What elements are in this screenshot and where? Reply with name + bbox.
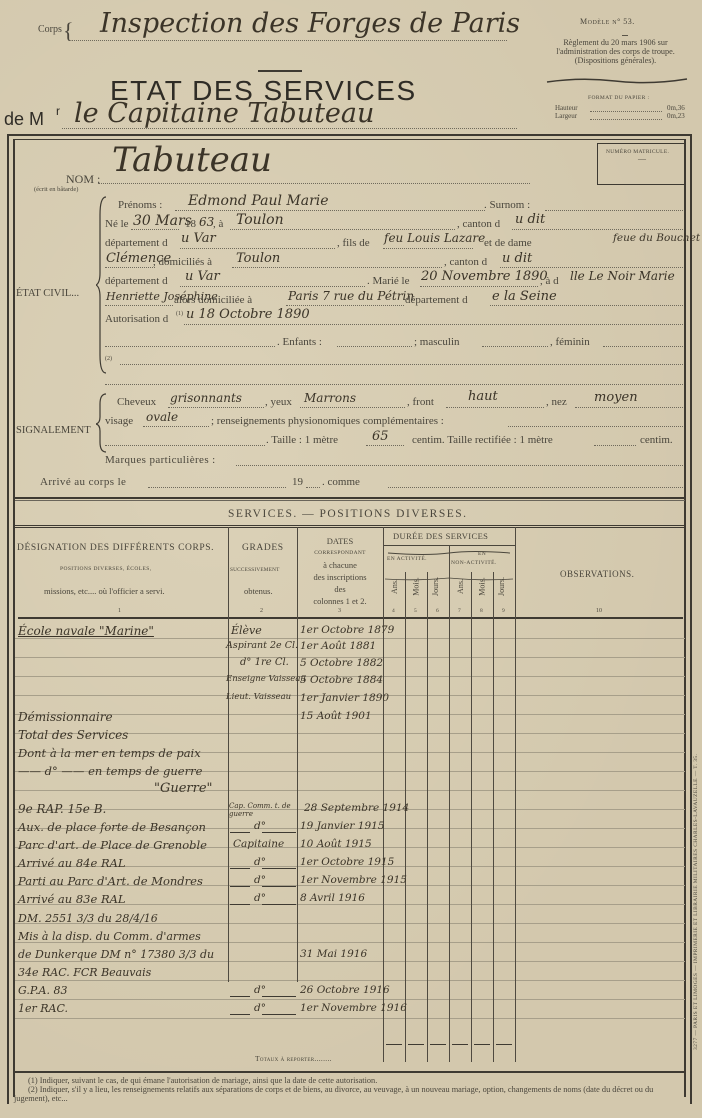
nez-line (575, 407, 683, 408)
alors-label: alors domiciliée à (174, 294, 252, 306)
signalement-label: SIGNALEMENT (16, 425, 91, 436)
row-corps: Arrivé au 83e RAL (18, 892, 126, 906)
marques-label: Marques particulières : (105, 454, 216, 466)
departement3-line (490, 305, 683, 306)
cheveux-value: grisonnants (170, 391, 242, 405)
surnom-line (545, 210, 683, 211)
row-corps: Parc d'art. de Place de Grenoble (18, 838, 207, 852)
etat-civil-end-line (105, 384, 683, 385)
ditto-dash (262, 868, 296, 869)
services-top-rule (15, 497, 685, 499)
departement3-label: département d (405, 294, 468, 306)
canton-value: u dit (515, 212, 545, 227)
largeur-label: Largeur (555, 112, 577, 120)
largeur-dots (590, 119, 662, 120)
taille-pre-line (105, 445, 265, 446)
fils-label: , fils de (337, 237, 370, 249)
corps-line (72, 40, 507, 41)
row-grade: d° (254, 820, 266, 832)
document-page: Corps { Inspection des Forges de Paris E… (0, 0, 702, 1118)
ditto-dash (230, 904, 250, 905)
ditto-dash (262, 1014, 296, 1015)
sub-mois-2: Mois. (478, 577, 487, 595)
row-corps: Mis à la disp. du Comm. d'armes (18, 930, 201, 943)
ditto-dash (230, 886, 250, 887)
col2-sub1: successivement (230, 567, 280, 573)
comme-label: . comme (322, 476, 360, 488)
table-bottom-rule (15, 1071, 685, 1073)
ditto-dash (262, 996, 296, 997)
row-date: 15 Août 1901 (300, 710, 372, 722)
row-date: 19 Janvier 1915 (300, 820, 385, 832)
enfants-label: . Enfants : (277, 336, 322, 348)
yeux-value: Marrons (304, 391, 356, 405)
header-bottom-rule (18, 617, 683, 619)
row-corps: DM. 2551 3/3 du 28/4/16 (18, 912, 158, 925)
feminin-line (603, 346, 683, 347)
spouse-domicile: Paris 7 rue du Pétrin (288, 289, 414, 303)
spouse-line-2 (105, 305, 173, 306)
ne-le-line (131, 229, 179, 230)
col3-num: 3 (338, 608, 341, 614)
col1-sub2: missions, etc.... où l'officier a servi. (44, 586, 165, 596)
sub-jours-1: Jours. (431, 577, 440, 596)
row-corps: Parti au Parc d'Art. de Mondres (18, 874, 203, 888)
row-grade: Cap. Comm. t. de guerre (229, 802, 297, 818)
col1-num: 1 (118, 608, 121, 614)
ne-le-label: Né le (105, 218, 129, 230)
non-activite-label-1: EN (478, 551, 486, 557)
col2-sub2: obtenus. (244, 586, 273, 596)
domicile-value: Toulon (236, 251, 280, 266)
num-5: 5 (414, 608, 417, 614)
marriage-date: 20 Novembre 1890 (421, 269, 548, 284)
col2-num: 2 (260, 608, 263, 614)
services-top-rule-2 (15, 500, 685, 501)
front-label: , front (407, 396, 434, 408)
row-grade: d° 1re Cl. (240, 657, 289, 668)
col3-header: DATES correspondant à chacune des inscri… (297, 535, 383, 607)
renseignements-line (508, 426, 683, 427)
arrive-line (148, 487, 286, 488)
renseignements-label: ; renseignements physionomiques compléme… (211, 415, 444, 427)
ditto-dash (230, 868, 250, 869)
cheveux-line (168, 407, 264, 408)
mere-line-2 (105, 267, 155, 268)
num-6: 6 (436, 608, 439, 614)
row-date: 1er Octobre 1879 (300, 624, 394, 636)
mother-name: feue du Bouchet (613, 232, 700, 244)
col3-l2: correspondant (297, 547, 383, 559)
footnote-1: (1) Indiquer, suivant le cas, de qui éma… (28, 1076, 688, 1085)
a-d-label: , à d (540, 275, 559, 287)
etat-civil-label: ÉTAT CIVIL... (16, 288, 79, 299)
arrive-year-line (306, 487, 320, 488)
col1-sub1: positions diverses, écoles, (60, 566, 151, 572)
row-date: 1er Janvier 1890 (300, 692, 389, 704)
visage-line (143, 426, 209, 427)
autorisation-value: u 18 Octobre 1890 (186, 307, 310, 322)
row-corps: Arrivé au 84e RAL (18, 856, 126, 870)
front-value: haut (468, 389, 498, 404)
corps-value: Inspection des Forges de Paris (100, 8, 520, 39)
row-corps: Aux. de place forte de Besançon (18, 820, 206, 834)
num-7: 7 (458, 608, 461, 614)
domicile-line (232, 267, 442, 268)
prenoms-value: Edmond Paul Marie (188, 193, 329, 209)
footnote-2: (2) Indiquer, s'il y a lieu, les renseig… (14, 1085, 686, 1103)
row-grade: d° (254, 892, 266, 904)
header-top-rule (15, 525, 685, 526)
birth-date: 30 Mars (133, 213, 192, 229)
departement3-value: e la Seine (492, 289, 557, 304)
domicilies-label: , domiciliés à (153, 256, 212, 268)
birth-year: 63 (199, 215, 214, 229)
canton-line (512, 229, 683, 230)
row-date: 1er Août 1881 (300, 640, 376, 652)
row-grade: d° (254, 874, 266, 886)
ditto-dash (262, 832, 296, 833)
canton2-line (500, 267, 683, 268)
row-date: 1er Novembre 1916 (300, 1002, 407, 1014)
col-divider-9 (515, 527, 516, 1062)
row-grade: Élève (231, 624, 262, 637)
arrive-label: Arrivé au corps le (40, 476, 126, 488)
nom-line (98, 183, 530, 184)
duree-title: DURÉE DES SERVICES (393, 531, 488, 541)
nom-label: NOM : (66, 172, 100, 187)
masculin-line (482, 346, 548, 347)
centim-end: centim. (640, 434, 673, 446)
modele-dash (622, 35, 628, 36)
feminin-label: , féminin (550, 336, 590, 348)
row-date: 1er Octobre 1915 (300, 856, 394, 868)
col-divider-5 (427, 572, 428, 1062)
birthplace-line (230, 229, 455, 230)
matricule-value: — (638, 154, 646, 163)
departement-label: département d (105, 237, 168, 249)
col10-num: 10 (596, 608, 602, 614)
de-sup: r (56, 104, 60, 118)
corps-label: Corps (38, 24, 62, 35)
row-grade: d° (254, 984, 266, 996)
col-divider-7 (471, 572, 472, 1062)
yeux-label: , yeux (265, 396, 292, 408)
nez-value: moyen (594, 390, 638, 405)
services-title: SERVICES. — POSITIONS DIVERSES. (228, 508, 468, 520)
spouse-domicile-line (286, 305, 404, 306)
canton-label: , canton d (457, 218, 500, 230)
de-label: de M (4, 109, 44, 130)
masculin-label: ; masculin (414, 336, 460, 348)
father-name: feu Louis Lazare (384, 231, 485, 245)
row-date: 5 Octobre 1882 (300, 657, 383, 669)
modele-label: Modèle n° 53. (580, 17, 635, 26)
row-date: 28 Septembre 1914 (304, 802, 409, 814)
departement2-value: u Var (185, 269, 220, 284)
totaux-label: Totaux à reporter........ (255, 1054, 332, 1063)
canton2-value: u dit (502, 251, 532, 266)
flourish (545, 72, 690, 80)
row-date: 26 Octobre 1916 (300, 984, 390, 996)
nom-note: (écrit en bâtarde) (34, 186, 78, 193)
row-corps: Dont à la mer en temps de paix (18, 746, 201, 760)
col-divider-4 (405, 572, 406, 1062)
col-divider-1 (228, 527, 229, 982)
title-rule (258, 70, 302, 72)
row-corps: Total des Services (18, 728, 128, 742)
taille-rectifiee-line (594, 445, 636, 446)
row-corps: École navale "Marine" (18, 624, 154, 638)
comme-line (388, 487, 683, 488)
departement-value: u Var (181, 231, 216, 246)
col-divider-6 (449, 545, 450, 1062)
num-9: 9 (502, 608, 505, 614)
year-prefix: 18 (185, 218, 196, 230)
col3-l6: colonnes 1 et 2. (297, 595, 383, 607)
mere-label: et de dame (484, 237, 532, 249)
sub-ans-2: Ans. (456, 579, 465, 594)
row-grade: Enseigne Vaisseau (226, 674, 306, 684)
a-label: , à (213, 218, 223, 230)
autorisation-sup: (1) (176, 311, 183, 317)
visage-value: ovale (146, 410, 178, 424)
ditto-dash (230, 832, 250, 833)
prenoms-line (175, 210, 485, 211)
departement2-label: département d (105, 275, 168, 287)
taille-line (366, 445, 404, 446)
taille-value: 65 (372, 429, 389, 444)
col1-title: DÉSIGNATION DES DIFFÉRENTS CORPS. (17, 543, 214, 553)
reglement-text: Règlement du 20 mars 1906 sur l'administ… (538, 38, 693, 65)
col3-l1: DATES (297, 535, 383, 547)
note2-line (120, 364, 683, 365)
yeux-line (300, 407, 405, 408)
ditto-dash (230, 996, 250, 997)
row-grade: Lieut. Vaisseau (226, 692, 291, 702)
row-grade: Aspirant 2e Cl. (226, 640, 298, 651)
marques-line (236, 465, 683, 466)
row-date: 1er Novembre 1915 (300, 874, 407, 886)
centim-label: centim. Taille rectifiée : 1 mètre (412, 434, 553, 446)
departement2-line (180, 286, 365, 287)
row-grade: d° (254, 1002, 266, 1014)
autorisation-line (184, 324, 683, 325)
num-8: 8 (480, 608, 483, 614)
row-grade: d° (254, 856, 266, 868)
totals-dashes (386, 1044, 515, 1045)
row-date: 5 Octobre 1884 (300, 674, 383, 686)
note2-marker: (2) (105, 356, 112, 362)
officer-name: le Capitaine Tabuteau (74, 98, 374, 129)
nez-label: , nez (546, 396, 567, 408)
surnom-label: . Surnom : (484, 199, 530, 211)
autorisation-label: Autorisation d (105, 313, 168, 325)
col-divider-2 (297, 527, 298, 982)
row-corps: 34e RAC. FCR Beauvais (18, 966, 151, 979)
num-4: 4 (392, 608, 395, 614)
row-corps: Démissionnaire (18, 710, 113, 724)
margin-imprint: 3277 — Paris et Limoges — Imprimerie et … (693, 550, 699, 1050)
row-corps: 9e RAP. 15e B. (18, 802, 106, 816)
activite-title: EN ACTIVITÉ. (387, 556, 427, 562)
row-corps: de Dunkerque DM n° 17380 3/3 du (18, 948, 214, 961)
spouse-name: lle Le Noir Marie (570, 269, 675, 283)
row-date: 10 Août 1915 (300, 838, 372, 850)
hauteur-label: Hauteur (555, 104, 578, 112)
ditto-dash (262, 886, 296, 887)
row-corps: "Guerre" (154, 781, 213, 796)
marie-line (420, 286, 538, 287)
row-corps: G.P.A. 83 (18, 984, 68, 997)
row-corps: —— d° —— en temps de guerre (18, 764, 202, 778)
ditto-dash (230, 1014, 250, 1015)
largeur-value: 0m,23 (667, 112, 685, 120)
sub-mois-1: Mois. (412, 577, 421, 595)
front-line (446, 407, 544, 408)
col3-l3: à chacune (297, 559, 383, 571)
marie-label: . Marié le (367, 275, 409, 287)
taille-label: . Taille : 1 mètre (266, 434, 338, 446)
col-divider-3 (383, 527, 384, 1062)
prenoms-label: Prénoms : (118, 199, 162, 211)
row-corps: 1er RAC. (18, 1002, 68, 1015)
col3-l5: des (297, 583, 383, 595)
col3-l4: des inscriptions (297, 571, 383, 583)
canton2-label: , canton d (444, 256, 487, 268)
observations-title: OBSERVATIONS. (560, 569, 634, 579)
enfants-line (337, 346, 412, 347)
non-activite-title: NON-ACTIVITÉ. (451, 560, 497, 566)
row-date: 31 Mai 1916 (300, 948, 367, 960)
format-label: Format du papier : (588, 95, 649, 101)
departement-line (180, 248, 335, 249)
col2-title: GRADES (242, 543, 284, 553)
visage-label: visage (105, 415, 133, 427)
hauteur-value: 0m,36 (667, 104, 685, 112)
arrive-year: 19 (292, 476, 303, 488)
sub-jours-2: Jours. (497, 577, 506, 596)
ditto-dash (262, 904, 296, 905)
cheveux-label: Cheveux (117, 396, 156, 408)
row-date: 8 Avril 1916 (300, 892, 365, 904)
sub-ans-1: Ans. (390, 579, 399, 594)
hauteur-dots (590, 111, 662, 112)
row-grade: Capitaine (233, 838, 284, 850)
header-top-rule-2 (15, 527, 685, 528)
nom-value: Tabuteau (112, 140, 272, 180)
col-divider-8 (493, 572, 494, 1062)
pere-line (383, 248, 473, 249)
enfants-pre-line (105, 346, 275, 347)
birthplace: Toulon (236, 212, 284, 228)
